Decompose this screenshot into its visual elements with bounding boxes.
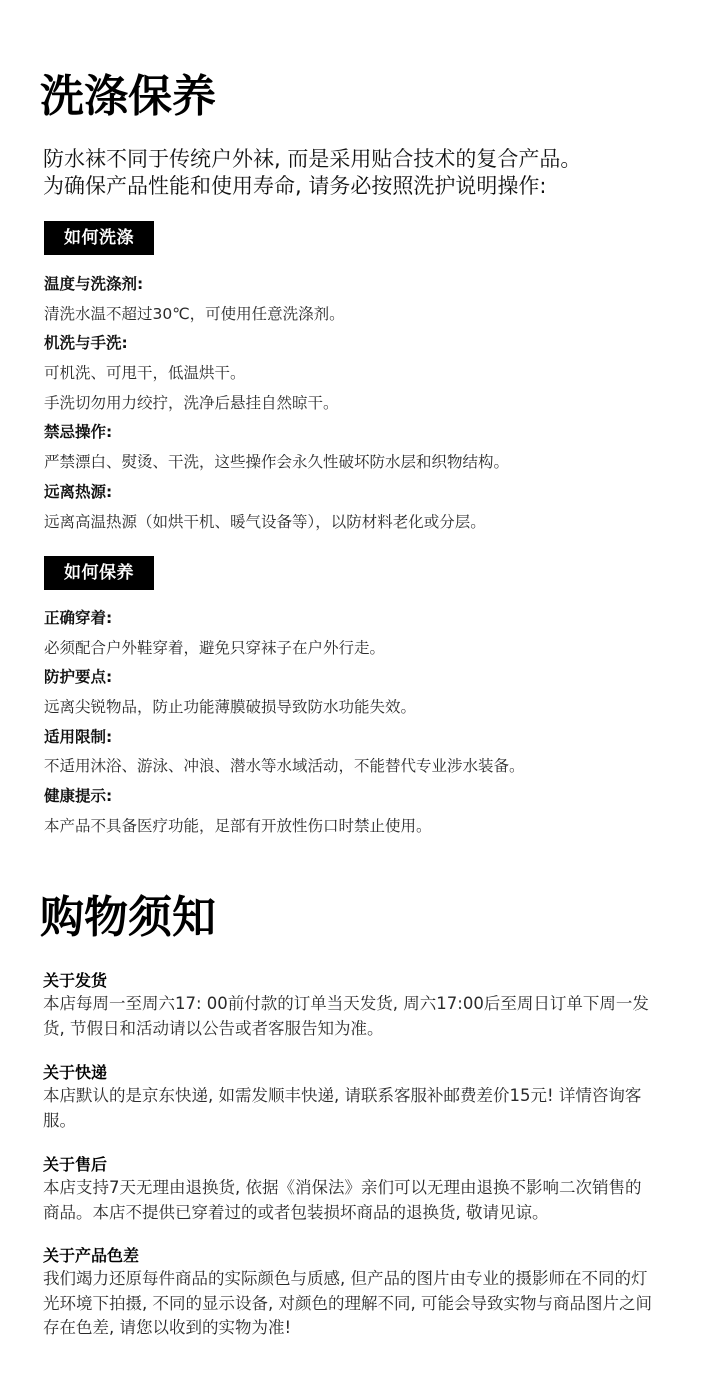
care-label: 正确穿着: [44,604,664,634]
notice-line: 存在色差, 请您以收到的实物为准! [43,1316,653,1341]
intro-line: 为确保产品性能和使用寿命, 请务必按照洗护说明操作: [43,173,663,200]
notice-line: 本店支持7天无理由退换货, 依据《消保法》亲们可以无理由退换不影响二次销售的 [43,1176,653,1201]
notice-line: 本店默认的是京东快递, 如需发顺丰快递, 请联系客服补邮费差价15元! 详情咨询… [43,1084,653,1109]
care-label: 健康提示: [44,782,664,812]
intro-line: 防水袜不同于传统户外袜, 而是采用贴合技术的复合产品。 [43,146,663,173]
care-intro: 防水袜不同于传统户外袜, 而是采用贴合技术的复合产品。 为确保产品性能和使用寿命… [43,146,663,200]
care-label: 禁忌操作: [44,418,664,448]
after-sales-notice: 关于售后 本店支持7天无理由退换货, 依据《消保法》亲们可以无理由退换不影响二次… [43,1154,653,1225]
care-label: 防护要点: [44,663,664,693]
notice-heading: 关于发货 [43,970,653,992]
color-difference-notice: 关于产品色差 我们竭力还原每件商品的实际颜色与质感, 但产品的图片由专业的摄影师… [43,1245,653,1341]
notice-heading: 关于售后 [43,1154,653,1176]
care-label: 温度与洗涤剂: [44,270,664,300]
care-label: 远离热源: [44,478,664,508]
care-text: 可机洗、可甩干，低温烘干。 [44,359,664,389]
notice-line: 我们竭力还原每件商品的实际颜色与质感, 但产品的图片由专业的摄影师在不同的灯 [43,1267,653,1292]
care-title: 洗涤保养 [40,72,216,122]
notice-line: 光环境下拍摄, 不同的显示设备, 对颜色的理解不同, 可能会导致实物与商品图片之… [43,1292,653,1317]
care-text: 清洗水温不超过30℃，可使用任意洗涤剂。 [44,300,664,330]
care-text: 不适用沐浴、游泳、冲浪、潜水等水域活动，不能替代专业涉水装备。 [44,752,664,782]
care-text: 远离高温热源（如烘干机、暖气设备等），以防材料老化或分层。 [44,508,664,538]
notice-heading: 关于快递 [43,1062,653,1084]
notice-line: 服。 [43,1109,653,1134]
care-text: 必须配合户外鞋穿着，避免只穿袜子在户外行走。 [44,634,664,664]
care-label: 适用限制: [44,723,664,753]
notice-body: 本店每周一至周六17: 00前付款的订单当天发货, 周六17:00后至周日订单下… [43,992,653,1041]
maintenance-instructions: 正确穿着: 必须配合户外鞋穿着，避免只穿袜子在户外行走。 防护要点: 远离尖锐物… [44,604,664,842]
tag-how-to-wash: 如何洗涤 [44,221,154,255]
shopping-title: 购物须知 [40,893,216,943]
care-text: 手洗切勿用力绞拧，洗净后悬挂自然晾干。 [44,389,664,419]
care-text: 严禁漂白、熨烫、干洗，这些操作会永久性破坏防水层和织物结构。 [44,448,664,478]
courier-notice: 关于快递 本店默认的是京东快递, 如需发顺丰快递, 请联系客服补邮费差价15元!… [43,1062,653,1133]
notice-line: 货, 节假日和活动请以公告或者客服告知为准。 [43,1017,653,1042]
notice-line: 本店每周一至周六17: 00前付款的订单当天发货, 周六17:00后至周日订单下… [43,992,653,1017]
shipping-notice: 关于发货 本店每周一至周六17: 00前付款的订单当天发货, 周六17:00后至… [43,970,653,1041]
product-info-page: 洗涤保养 防水袜不同于传统户外袜, 而是采用贴合技术的复合产品。 为确保产品性能… [0,0,702,1392]
care-text: 远离尖锐物品，防止功能薄膜破损导致防水功能失效。 [44,693,664,723]
notice-body: 本店默认的是京东快递, 如需发顺丰快递, 请联系客服补邮费差价15元! 详情咨询… [43,1084,653,1133]
notice-line: 商品。本店不提供已穿着过的或者包装损坏商品的退换货, 敬请见谅。 [43,1201,653,1226]
wash-instructions: 温度与洗涤剂: 清洗水温不超过30℃，可使用任意洗涤剂。 机洗与手洗: 可机洗、… [44,270,664,537]
notice-heading: 关于产品色差 [43,1245,653,1267]
care-text: 本产品不具备医疗功能，足部有开放性伤口时禁止使用。 [44,812,664,842]
care-label: 机洗与手洗: [44,329,664,359]
notice-body: 我们竭力还原每件商品的实际颜色与质感, 但产品的图片由专业的摄影师在不同的灯 光… [43,1267,653,1341]
notice-body: 本店支持7天无理由退换货, 依据《消保法》亲们可以无理由退换不影响二次销售的 商… [43,1176,653,1225]
tag-how-to-maintain: 如何保养 [44,556,154,590]
